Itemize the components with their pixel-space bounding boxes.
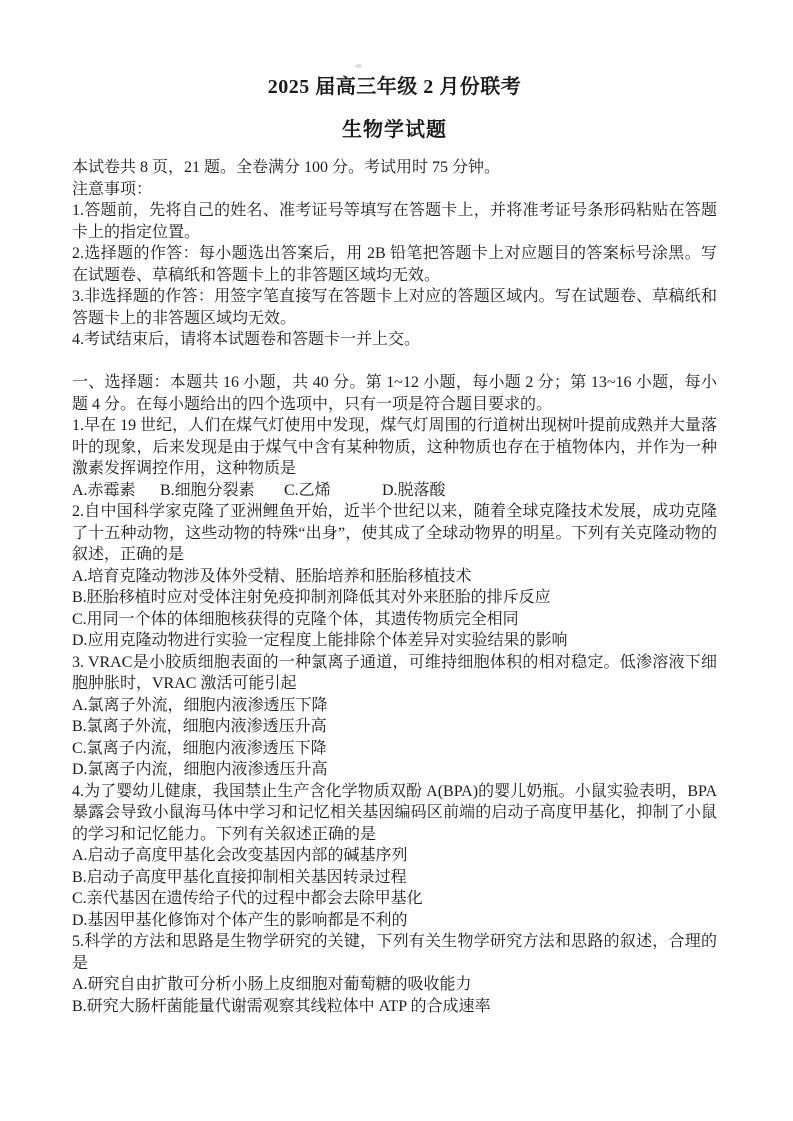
question-block: 1.早在 19 世纪，人们在煤气灯使用中发现，煤气灯周围的行道树出现树叶提前成熟… [72, 415, 717, 501]
notice-item: 1.答题前，先将自己的姓名、准考证号等填写在答题卡上，并将准考证号条形码粘贴在答… [72, 200, 717, 243]
notice-item: 4.考试结束后，请将本试题卷和答题卡一并上交。 [72, 329, 717, 351]
notices-list: 1.答题前，先将自己的姓名、准考证号等填写在答题卡上，并将准考证号条形码粘贴在答… [72, 200, 717, 351]
questions-list: 1.早在 19 世纪，人们在煤气灯使用中发现，煤气灯周围的行道树出现树叶提前成熟… [72, 415, 717, 1017]
notice-item: 2.选择题的作答：每小题选出答案后，用 2B 铅笔把答题卡上对应题目的答案标号涂… [72, 243, 717, 286]
option-item: C.氯离子内流，细胞内液渗透压下降 [72, 738, 717, 760]
question-stem: 3. VRAC是小胶质细胞表面的一种氯离子通道，可维持细胞体积的相对稳定。低渗溶… [72, 652, 717, 695]
exam-paper-page: 2025 届高三年级 2 月份联考 生物学试题 本试卷共 8 页，21 题。全卷… [0, 0, 793, 1121]
question-block: 4.为了婴幼儿健康，我国禁止生产含化学物质双酚 A(BPA)的婴儿奶瓶。小鼠实验… [72, 781, 717, 932]
option-item: C.亲代基因在遗传给子代的过程中都会去除甲基化 [72, 888, 717, 910]
option-item: A.启动子高度甲基化会改变基因内部的碱基序列 [72, 845, 717, 867]
paper-info-line: 本试卷共 8 页，21 题。全卷满分 100 分。考试用时 75 分钟。 [72, 157, 717, 179]
paper-title: 2025 届高三年级 2 月份联考 [72, 76, 717, 99]
scan-artifact [355, 64, 362, 68]
option-item: A.赤霉素 [72, 480, 160, 502]
question-block: 5.科学的方法和思路是生物学研究的关键，下列有关生物学研究方法和思路的叙述，合理… [72, 931, 717, 1017]
option-item: B.研究大肠杆菌能量代谢需观察其线粒体中 ATP 的合成速率 [72, 996, 717, 1018]
option-item: B.胚胎移植时应对受体注射免疫抑制剂降低其对外来胚胎的排斥反应 [72, 587, 717, 609]
question-stem: 1.早在 19 世纪，人们在煤气灯使用中发现，煤气灯周围的行道树出现树叶提前成熟… [72, 415, 717, 480]
question-stem: 4.为了婴幼儿健康，我国禁止生产含化学物质双酚 A(BPA)的婴儿奶瓶。小鼠实验… [72, 781, 717, 846]
document-body: 2025 届高三年级 2 月份联考 生物学试题 本试卷共 8 页，21 题。全卷… [0, 0, 793, 1017]
section-heading: 一、选择题：本题共 16 小题，共 40 分。第 1~12 小题，每小题 2 分… [72, 372, 717, 415]
options-row: A.赤霉素B.细胞分裂素C.乙烯D.脱落酸 [72, 480, 717, 502]
option-item: A.培育克隆动物涉及体外受精、胚胎培养和胚胎移植技术 [72, 566, 717, 588]
option-item: D.基因甲基化修饰对个体产生的影响都是不利的 [72, 910, 717, 932]
notices-heading: 注意事项： [72, 179, 717, 201]
question-block: 3. VRAC是小胶质细胞表面的一种氯离子通道，可维持细胞体积的相对稳定。低渗溶… [72, 652, 717, 781]
option-item: D.脱落酸 [382, 480, 446, 502]
option-item: C.乙烯 [284, 480, 382, 502]
question-block: 2.自中国科学家克隆了亚洲鲤鱼开始，近半个世纪以来，随着全球克隆技术发展，成功克… [72, 501, 717, 652]
question-stem: 2.自中国科学家克隆了亚洲鲤鱼开始，近半个世纪以来，随着全球克隆技术发展，成功克… [72, 501, 717, 566]
option-item: A.研究自由扩散可分析小肠上皮细胞对葡萄糖的吸收能力 [72, 974, 717, 996]
paper-text: 本试卷共 8 页，21 题。全卷满分 100 分。考试用时 75 分钟。 注意事… [72, 157, 717, 1017]
question-stem: 5.科学的方法和思路是生物学研究的关键，下列有关生物学研究方法和思路的叙述，合理… [72, 931, 717, 974]
option-item: B.氯离子外流，细胞内液渗透压升高 [72, 716, 717, 738]
option-item: B.细胞分裂素 [160, 480, 284, 502]
option-item: B.启动子高度甲基化直接抑制相关基因转录过程 [72, 867, 717, 889]
option-item: D.应用克隆动物进行实验一定程度上能排除个体差异对实验结果的影响 [72, 630, 717, 652]
option-item: D.氯离子内流，细胞内液渗透压升高 [72, 759, 717, 781]
option-item: C.用同一个体的体细胞核获得的克隆个体，其遗传物质完全相同 [72, 609, 717, 631]
option-item: A.氯离子外流，细胞内液渗透压下降 [72, 695, 717, 717]
paper-subtitle: 生物学试题 [72, 119, 717, 142]
notice-item: 3.非选择题的作答：用签字笔直接写在答题卡上对应的答题区域内。写在试题卷、草稿纸… [72, 286, 717, 329]
